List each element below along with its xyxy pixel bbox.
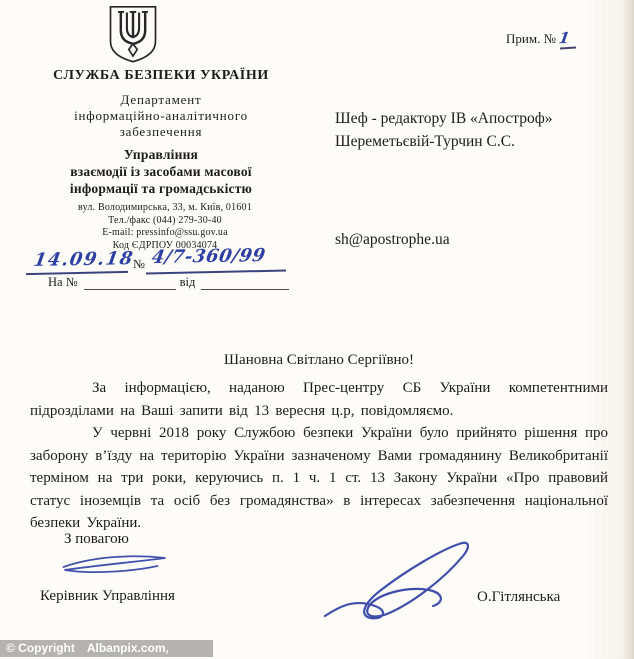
division-name: Управління взаємодії із засобами масової…	[0, 146, 322, 197]
division-line: Управління	[0, 146, 322, 163]
org-email: E-mail: pressinfo@ssu.gov.ua	[0, 227, 330, 240]
signer-name: О.Гітлянська	[477, 589, 560, 606]
handwritten-flourish-icon	[56, 551, 174, 577]
number-underline	[146, 270, 286, 275]
org-name: СЛУЖБА БЕЗПЕКИ УКРАЇНИ	[0, 68, 322, 84]
addressee-email: sh@apostrophe.ua	[335, 231, 450, 249]
department-line: інформаційно-аналітичного	[0, 108, 322, 124]
signer-position: Керівник Управління	[40, 588, 175, 605]
contact-block: вул. Володимирська, 33, м. Київ, 01601 Т…	[0, 202, 330, 252]
reply-vid-label: від	[180, 275, 196, 289]
department-line: Департамент	[0, 92, 322, 108]
scanned-letter-page: СЛУЖБА БЕЗПЕКИ УКРАЇНИ Департамент інфор…	[0, 0, 634, 659]
watermark-copyright: © Copyright	[6, 641, 75, 655]
reply-na-label: На №	[48, 275, 78, 289]
body-paragraph-1: За інформацією, наданою Прес-центру СБ У…	[30, 377, 608, 422]
division-line: інформації та громадськістю	[0, 180, 322, 197]
ukraine-trident-emblem-icon	[106, 4, 160, 64]
watermark-site: Albanpix.com,	[87, 641, 169, 655]
reply-reference-row: На №від	[48, 275, 289, 290]
handwritten-outgoing-number: 4/7-360/99	[150, 245, 267, 268]
handwritten-copy-number: 1	[558, 29, 571, 47]
copy-note-label: Прим. №	[506, 31, 556, 46]
reply-number-blank	[84, 277, 176, 290]
letter-body: За інформацією, наданою Прес-центру СБ У…	[30, 377, 608, 535]
department-name: Департамент інформаційно-аналітичного за…	[0, 92, 322, 140]
signature-icon	[323, 538, 481, 624]
valediction: З повагою	[64, 531, 129, 548]
reply-date-blank	[201, 277, 289, 290]
department-line: забезпечення	[0, 124, 322, 140]
watermark-bar: © CopyrightAlbanpix.com,	[0, 640, 213, 657]
addressee-name: Шереметьєвій-Турчин С.С.	[335, 130, 625, 153]
addressee-title: Шеф - редактору ІВ «Апостроф»	[335, 107, 625, 130]
scan-edge-shadow	[622, 0, 634, 659]
handwritten-date: 14.09.18	[32, 248, 135, 271]
body-paragraph-2: У червні 2018 року Службою безпеки Украї…	[30, 422, 608, 535]
number-sign-label: №	[133, 257, 145, 272]
division-line: взаємодії із засобами масової	[0, 163, 322, 180]
street-address: вул. Володимирська, 33, м. Київ, 01601	[0, 202, 330, 215]
salutation: Шановна Світлано Сергіївно!	[30, 352, 608, 369]
phone-fax: Тел./факс (044) 279-30-40	[0, 215, 330, 228]
copy-number-note: Прим. №1	[506, 29, 569, 47]
copy-number-underline	[560, 46, 576, 49]
addressee-block: Шеф - редактору ІВ «Апостроф» Шереметьєв…	[335, 107, 625, 153]
